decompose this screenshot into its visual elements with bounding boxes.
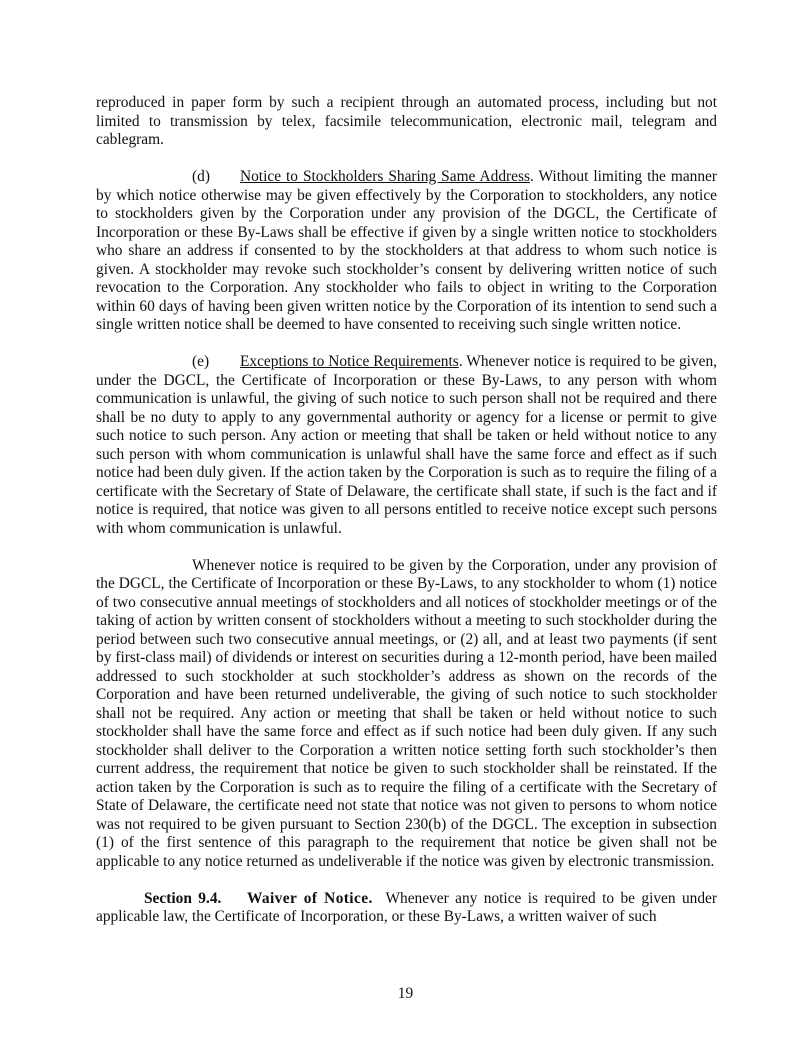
undeliverable-notice-paragraph: Whenever notice is required to be given …	[96, 557, 717, 872]
subsection-e-title: Exceptions to Notice Requirements	[240, 353, 459, 370]
section-9-4-title: Waiver of Notice.	[247, 890, 373, 907]
section-9-4-label: Section 9.4.	[144, 890, 221, 907]
document-page: reproduced in paper form by such a recip…	[96, 94, 717, 945]
subsection-e: (e)Exceptions to Notice Requirements. Wh…	[96, 353, 717, 538]
continuation-paragraph: reproduced in paper form by such a recip…	[96, 94, 717, 150]
subsection-e-body: . Whenever notice is required to be give…	[96, 353, 717, 537]
subsection-d-label: (d)	[192, 168, 240, 187]
subsection-e-label: (e)	[192, 353, 240, 372]
page-number: 19	[0, 985, 811, 1003]
subsection-d-title: Notice to Stockholders Sharing Same Addr…	[240, 168, 530, 185]
subsection-d: (d)Notice to Stockholders Sharing Same A…	[96, 168, 717, 335]
section-9-4: Section 9.4. Waiver of Notice. Whenever …	[96, 890, 717, 927]
subsection-d-body: . Without limiting the manner by which n…	[96, 168, 717, 333]
